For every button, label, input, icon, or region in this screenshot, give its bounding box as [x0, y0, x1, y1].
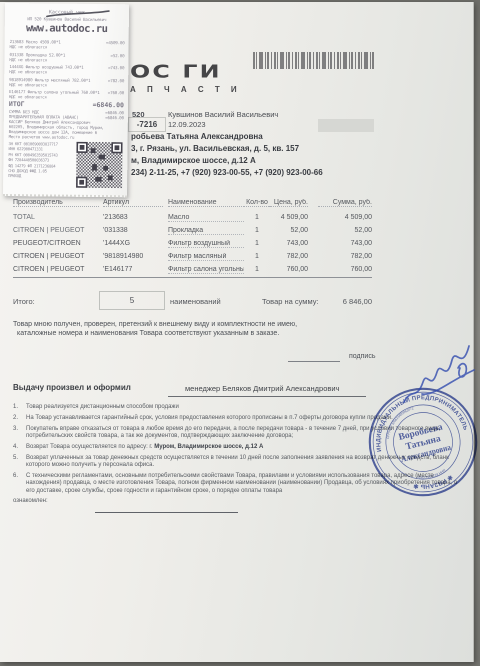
- qr-code: [75, 142, 123, 189]
- receipt-site: www.autodoc.ru: [5, 22, 129, 35]
- col-price: Цена, руб.: [268, 199, 308, 207]
- blurred-area: [318, 119, 374, 132]
- receipt-fiscal-block: ЗН ККТ 0010690093837717 ИНН 622900471331…: [8, 141, 123, 188]
- total-sum-value: 6 846,00: [325, 297, 372, 306]
- issued-by: менеджер Беляков Дмитрий Александрович: [185, 384, 339, 393]
- col-name: Наименование: [168, 199, 244, 207]
- table-row: TOTAL '213683 Масло 1 4 509,00 4 509,00: [0, 214, 480, 227]
- receipt-items: 213683 Масло 4509.00*1=4509.00 НДС не об…: [9, 39, 125, 103]
- store-logo-word: ОС ГИ: [130, 62, 250, 83]
- items-count-suffix: наименований: [170, 297, 221, 306]
- receipt-total: ИТОГ =6846.00: [9, 100, 124, 109]
- col-sum: Сумма, руб.: [318, 199, 372, 207]
- col-qty: Кол-во: [243, 199, 271, 207]
- items-count-box: 5: [99, 291, 165, 310]
- phones-fragment: 234) 2-11-25, +7 (920) 923-00-55, +7 (92…: [131, 168, 323, 177]
- doc-number-box: -7216: [128, 117, 166, 132]
- totals-label: Итого:: [13, 297, 35, 306]
- seller-name-fragment: робьева Татьяна Александровна: [131, 132, 263, 141]
- signature-line: [288, 361, 340, 362]
- photo-of-document: ОС ГИ А П Ч А С Т И 520 Кувшинов Василий…: [0, 0, 480, 666]
- receipt-item: 1444XG Фильтр воздушный 743.00*1=743.00 …: [9, 64, 124, 75]
- receipt-item: 213683 Масло 4509.00*1=4509.00 НДС не об…: [10, 39, 125, 50]
- acknowledged-line: [95, 512, 238, 513]
- issued-label: Выдачу произвел и оформил: [13, 383, 131, 392]
- handwritten-signature: [398, 338, 480, 410]
- receipt-item: 031338 Прокладка 52.00*1=52.00 НДС не об…: [9, 52, 124, 63]
- acceptance-text: каталожные номера и наименования Товара …: [17, 330, 279, 337]
- receipt-item: 9818914980 Фильтр масляный 782.00*1=782.…: [9, 77, 124, 88]
- seller-address-fragment: 3, г. Рязань, ул. Васильевская, д. 5, кв…: [131, 144, 299, 153]
- receipt-fiscal-lines: ЗН ККТ 0010690093837717 ИНН 622900471331…: [8, 141, 73, 188]
- table-row: CITROEN | PEUGEOT '031338 Прокладка 1 52…: [0, 227, 480, 240]
- pickup-address-fragment: м, Владимирское шоссе, д.12 А: [131, 156, 256, 165]
- customer-name: Кувшинов Василий Васильевич: [168, 110, 278, 119]
- cash-receipt: Кассовый чек ИП 520 Кувшинов Василий Вас…: [3, 3, 129, 197]
- return-address: Муром, Владимирское шоссе, д.12 А: [154, 444, 263, 450]
- table-bottom-line: [13, 277, 372, 278]
- barcode: [253, 52, 374, 69]
- acceptance-text: Товар мною получен, проверен, претензий …: [13, 321, 297, 328]
- issued-underline: [168, 396, 366, 397]
- store-logo: ОС ГИ А П Ч А С Т И: [130, 62, 241, 94]
- paper-right-edge: [473, 2, 474, 662]
- col-manufacturer: Производитель: [13, 199, 99, 207]
- receipt-info: КАССИР Беляков Дмитрий Александрович 602…: [9, 119, 124, 140]
- total-sum-label: Товар на сумму:: [262, 297, 319, 306]
- table-row: PEUGEOT/CITROEN '1444XG Фильтр воздушный…: [0, 240, 480, 253]
- table-row: CITROEN | PEUGEOT '9818914980 Фильтр мас…: [0, 253, 480, 266]
- col-article: Артикул: [103, 199, 163, 207]
- signature-label: подпись: [349, 353, 375, 360]
- receipt-item: E146177 Фильтр салона угольный 760.00*1=…: [9, 89, 124, 100]
- doc-date: 12.09.2023: [168, 120, 206, 129]
- store-logo-subtitle: А П Ч А С Т И: [130, 85, 241, 94]
- table-header-row: Производитель Артикул Наименование Кол-в…: [0, 199, 480, 212]
